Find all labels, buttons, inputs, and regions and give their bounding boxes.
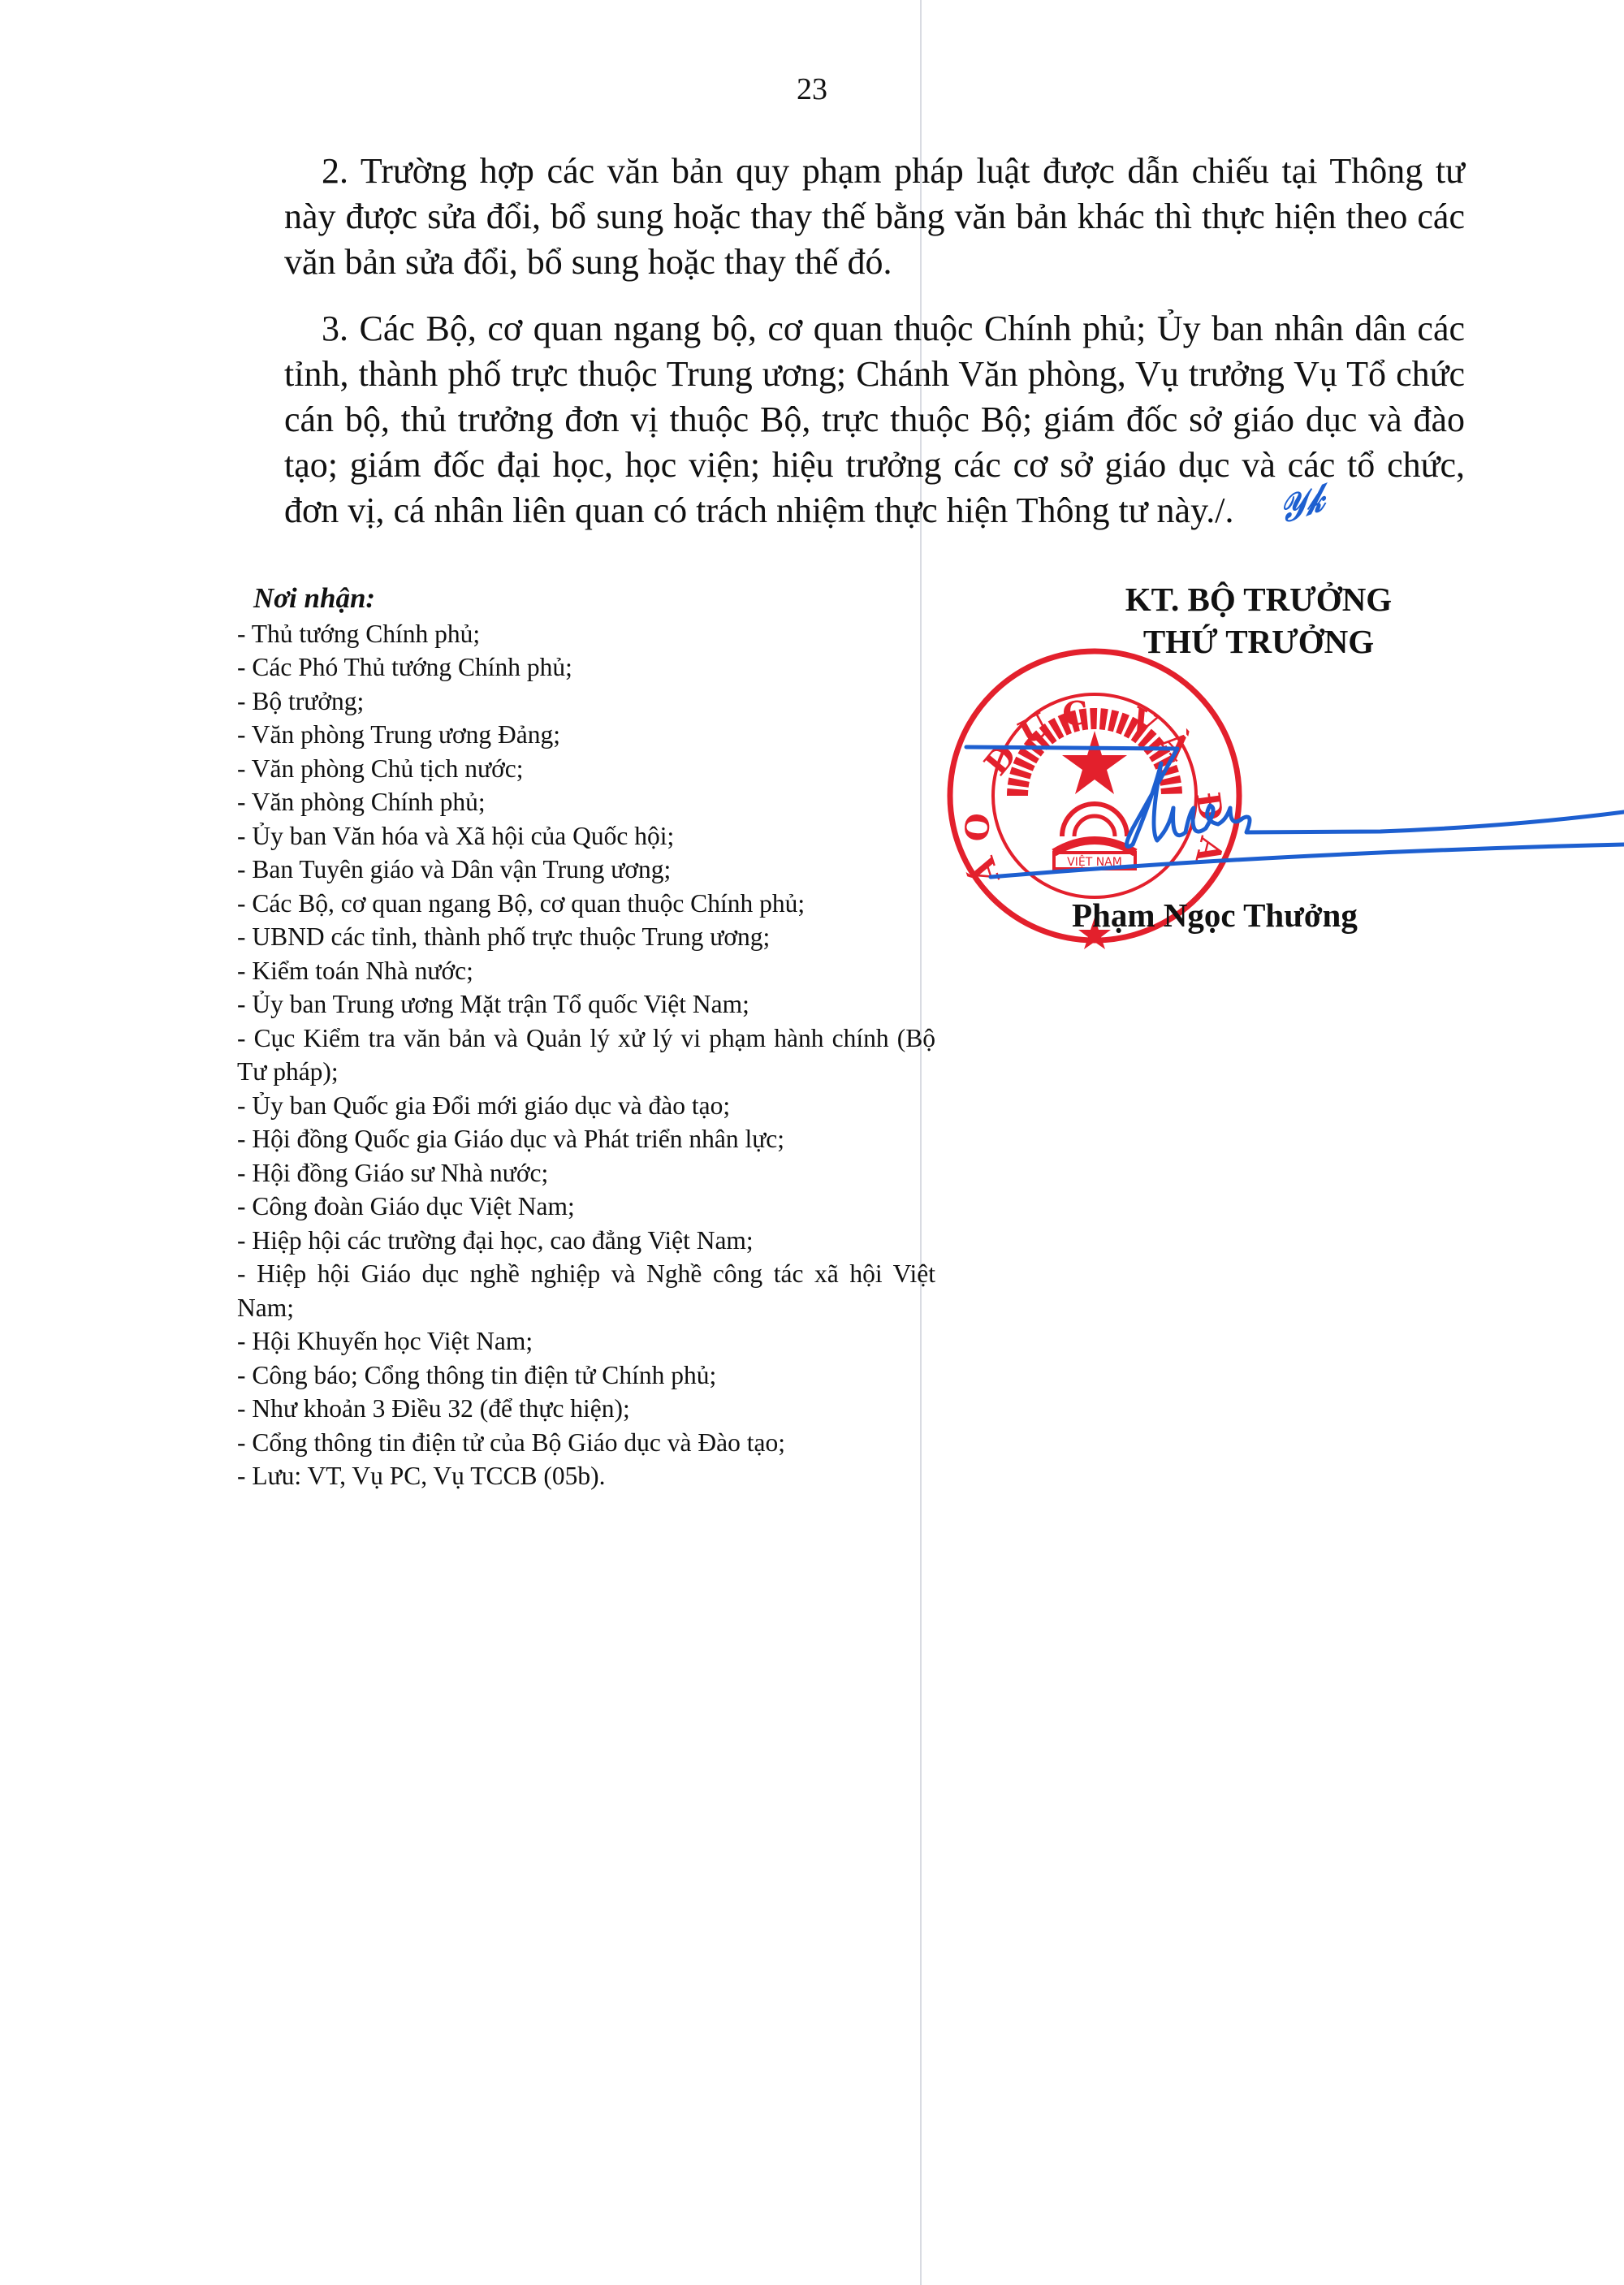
recipient-item: - Bộ trưởng;	[237, 685, 935, 719]
recipient-item: - Kiểm toán Nhà nước;	[237, 954, 935, 988]
recipient-item: - Ban Tuyên giáo và Dân vận Trung ương;	[237, 853, 935, 887]
signature-title-line-2: THỨ TRƯỞNG	[1015, 620, 1502, 663]
page-number: 23	[0, 71, 1624, 107]
recipient-item: - Ủy ban Trung ương Mặt trận Tổ quốc Việ…	[237, 987, 935, 1022]
recipients-title: Nơi nhận:	[253, 581, 935, 616]
paragraph-3-text: 3. Các Bộ, cơ quan ngang bộ, cơ quan thu…	[284, 306, 1465, 533]
recipient-item: - Hội đồng Quốc gia Giáo dục và Phát tri…	[237, 1122, 935, 1156]
recipient-item: - Cổng thông tin điện tử của Bộ Giáo dục…	[237, 1426, 935, 1460]
handwritten-initials-icon: 𝒴𝓀	[1241, 475, 1328, 546]
recipient-item: - Các Phó Thủ tướng Chính phủ;	[237, 650, 935, 685]
recipient-item: - Như khoản 3 Điều 32 (để thực hiện);	[237, 1392, 935, 1426]
recipient-item: - Hiệp hội các trường đại học, cao đẳng …	[237, 1224, 935, 1258]
recipient-item: - Hội đồng Giáo sư Nhà nước;	[237, 1156, 935, 1190]
signature-title-line-1: KT. BỘ TRƯỞNG	[1015, 578, 1502, 620]
recipient-item: - Hội Khuyến học Việt Nam;	[237, 1324, 935, 1358]
recipients-items: - Thủ tướng Chính phủ;- Các Phó Thủ tướn…	[237, 617, 935, 1493]
recipient-item: - Cục Kiểm tra văn bản và Quản lý xử lý …	[237, 1022, 935, 1089]
recipient-item: - Hiệp hội Giáo dục nghề nghiệp và Nghề …	[237, 1257, 935, 1324]
recipient-item: - Lưu: VT, Vụ PC, Vụ TCCB (05b).	[237, 1459, 935, 1493]
recipient-item: - Văn phòng Chính phủ;	[237, 785, 935, 819]
recipient-item: - Các Bộ, cơ quan ngang Bộ, cơ quan thuộ…	[237, 887, 935, 921]
recipient-item: - Công đoàn Giáo dục Việt Nam;	[237, 1190, 935, 1224]
paragraph-2: 2. Trường hợp các văn bản quy phạm pháp …	[284, 149, 1465, 303]
recipient-item: - Văn phòng Chủ tịch nước;	[237, 752, 935, 786]
recipient-item: - UBND các tỉnh, thành phố trực thuộc Tr…	[237, 920, 935, 954]
recipient-item: - Thủ tướng Chính phủ;	[237, 617, 935, 651]
paragraph-3: 3. Các Bộ, cơ quan ngang bộ, cơ quan thu…	[284, 306, 1465, 551]
recipient-item: - Ủy ban Văn hóa và Xã hội của Quốc hội;	[237, 819, 935, 853]
recipient-item: - Văn phòng Trung ương Đảng;	[237, 718, 935, 752]
recipient-item: - Ủy ban Quốc gia Đổi mới giáo dục và đà…	[237, 1089, 935, 1123]
signer-name: Phạm Ngọc Thưởng	[1072, 896, 1358, 935]
paragraph-2-text: 2. Trường hợp các văn bản quy phạm pháp …	[284, 149, 1465, 285]
signature-block: KT. BỘ TRƯỞNG THỨ TRƯỞNG	[1015, 578, 1502, 663]
handwritten-signature-icon	[958, 731, 1624, 909]
recipient-item: - Công báo; Cổng thông tin điện tử Chính…	[237, 1358, 935, 1393]
recipients-list: Nơi nhận: - Thủ tướng Chính phủ;- Các Ph…	[237, 581, 935, 1493]
